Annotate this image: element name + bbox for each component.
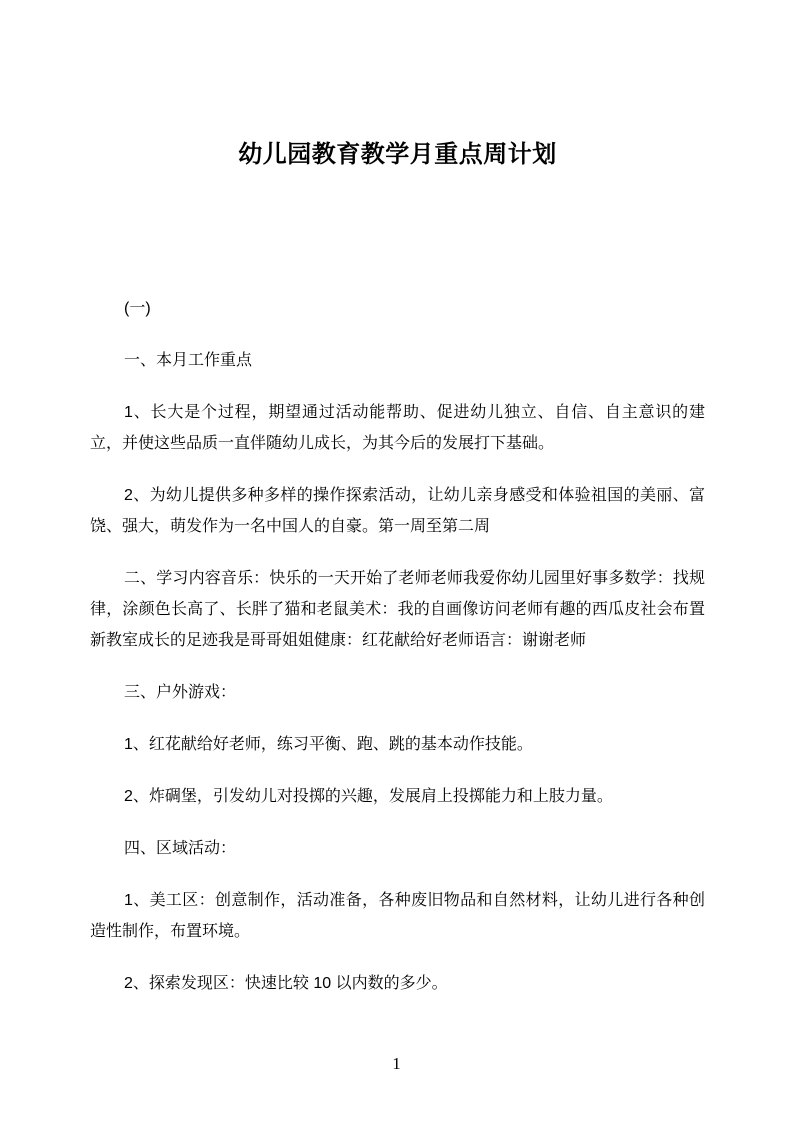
part-label: (一) [90, 293, 705, 324]
para-area-item-1: 1、美工区：创意制作，活动准备，各种废旧物品和自然材料，让幼儿进行各种创造性制作… [90, 885, 705, 947]
para-learning-content: 二、学习内容音乐：快乐的一天开始了老师老师我爱你幼儿园里好事多数学：找规律，涂颜… [90, 563, 705, 656]
para-monthly-item-2: 2、为幼儿提供多种多样的操作探索活动，让幼儿亲身感受和体验祖国的美丽、富饶、强大… [90, 480, 705, 542]
para-outdoor-item-2: 2、炸碉堡，引发幼儿对投掷的兴趣，发展肩上投掷能力和上肢力量。 [90, 781, 705, 812]
para-monthly-item-1: 1、长大是个过程，期望通过活动能帮助、促进幼儿独立、自信、自主意识的建立，并使这… [90, 397, 705, 459]
document-page: 幼儿园教育教学月重点周计划 (一) 一、本月工作重点 1、长大是个过程，期望通过… [0, 0, 793, 1122]
heading-monthly-focus: 一、本月工作重点 [90, 345, 705, 376]
para-area-item-2: 2、探索发现区：快速比较 10 以内数的多少。 [90, 968, 705, 999]
heading-outdoor-games: 三、户外游戏： [90, 677, 705, 708]
para-outdoor-item-1: 1、红花献给好老师，练习平衡、跑、跳的基本动作技能。 [90, 729, 705, 760]
heading-area-activities: 四、区域活动： [90, 833, 705, 864]
doc-title: 幼儿园教育教学月重点周计划 [90, 140, 705, 170]
page-number: 1 [0, 1054, 793, 1074]
